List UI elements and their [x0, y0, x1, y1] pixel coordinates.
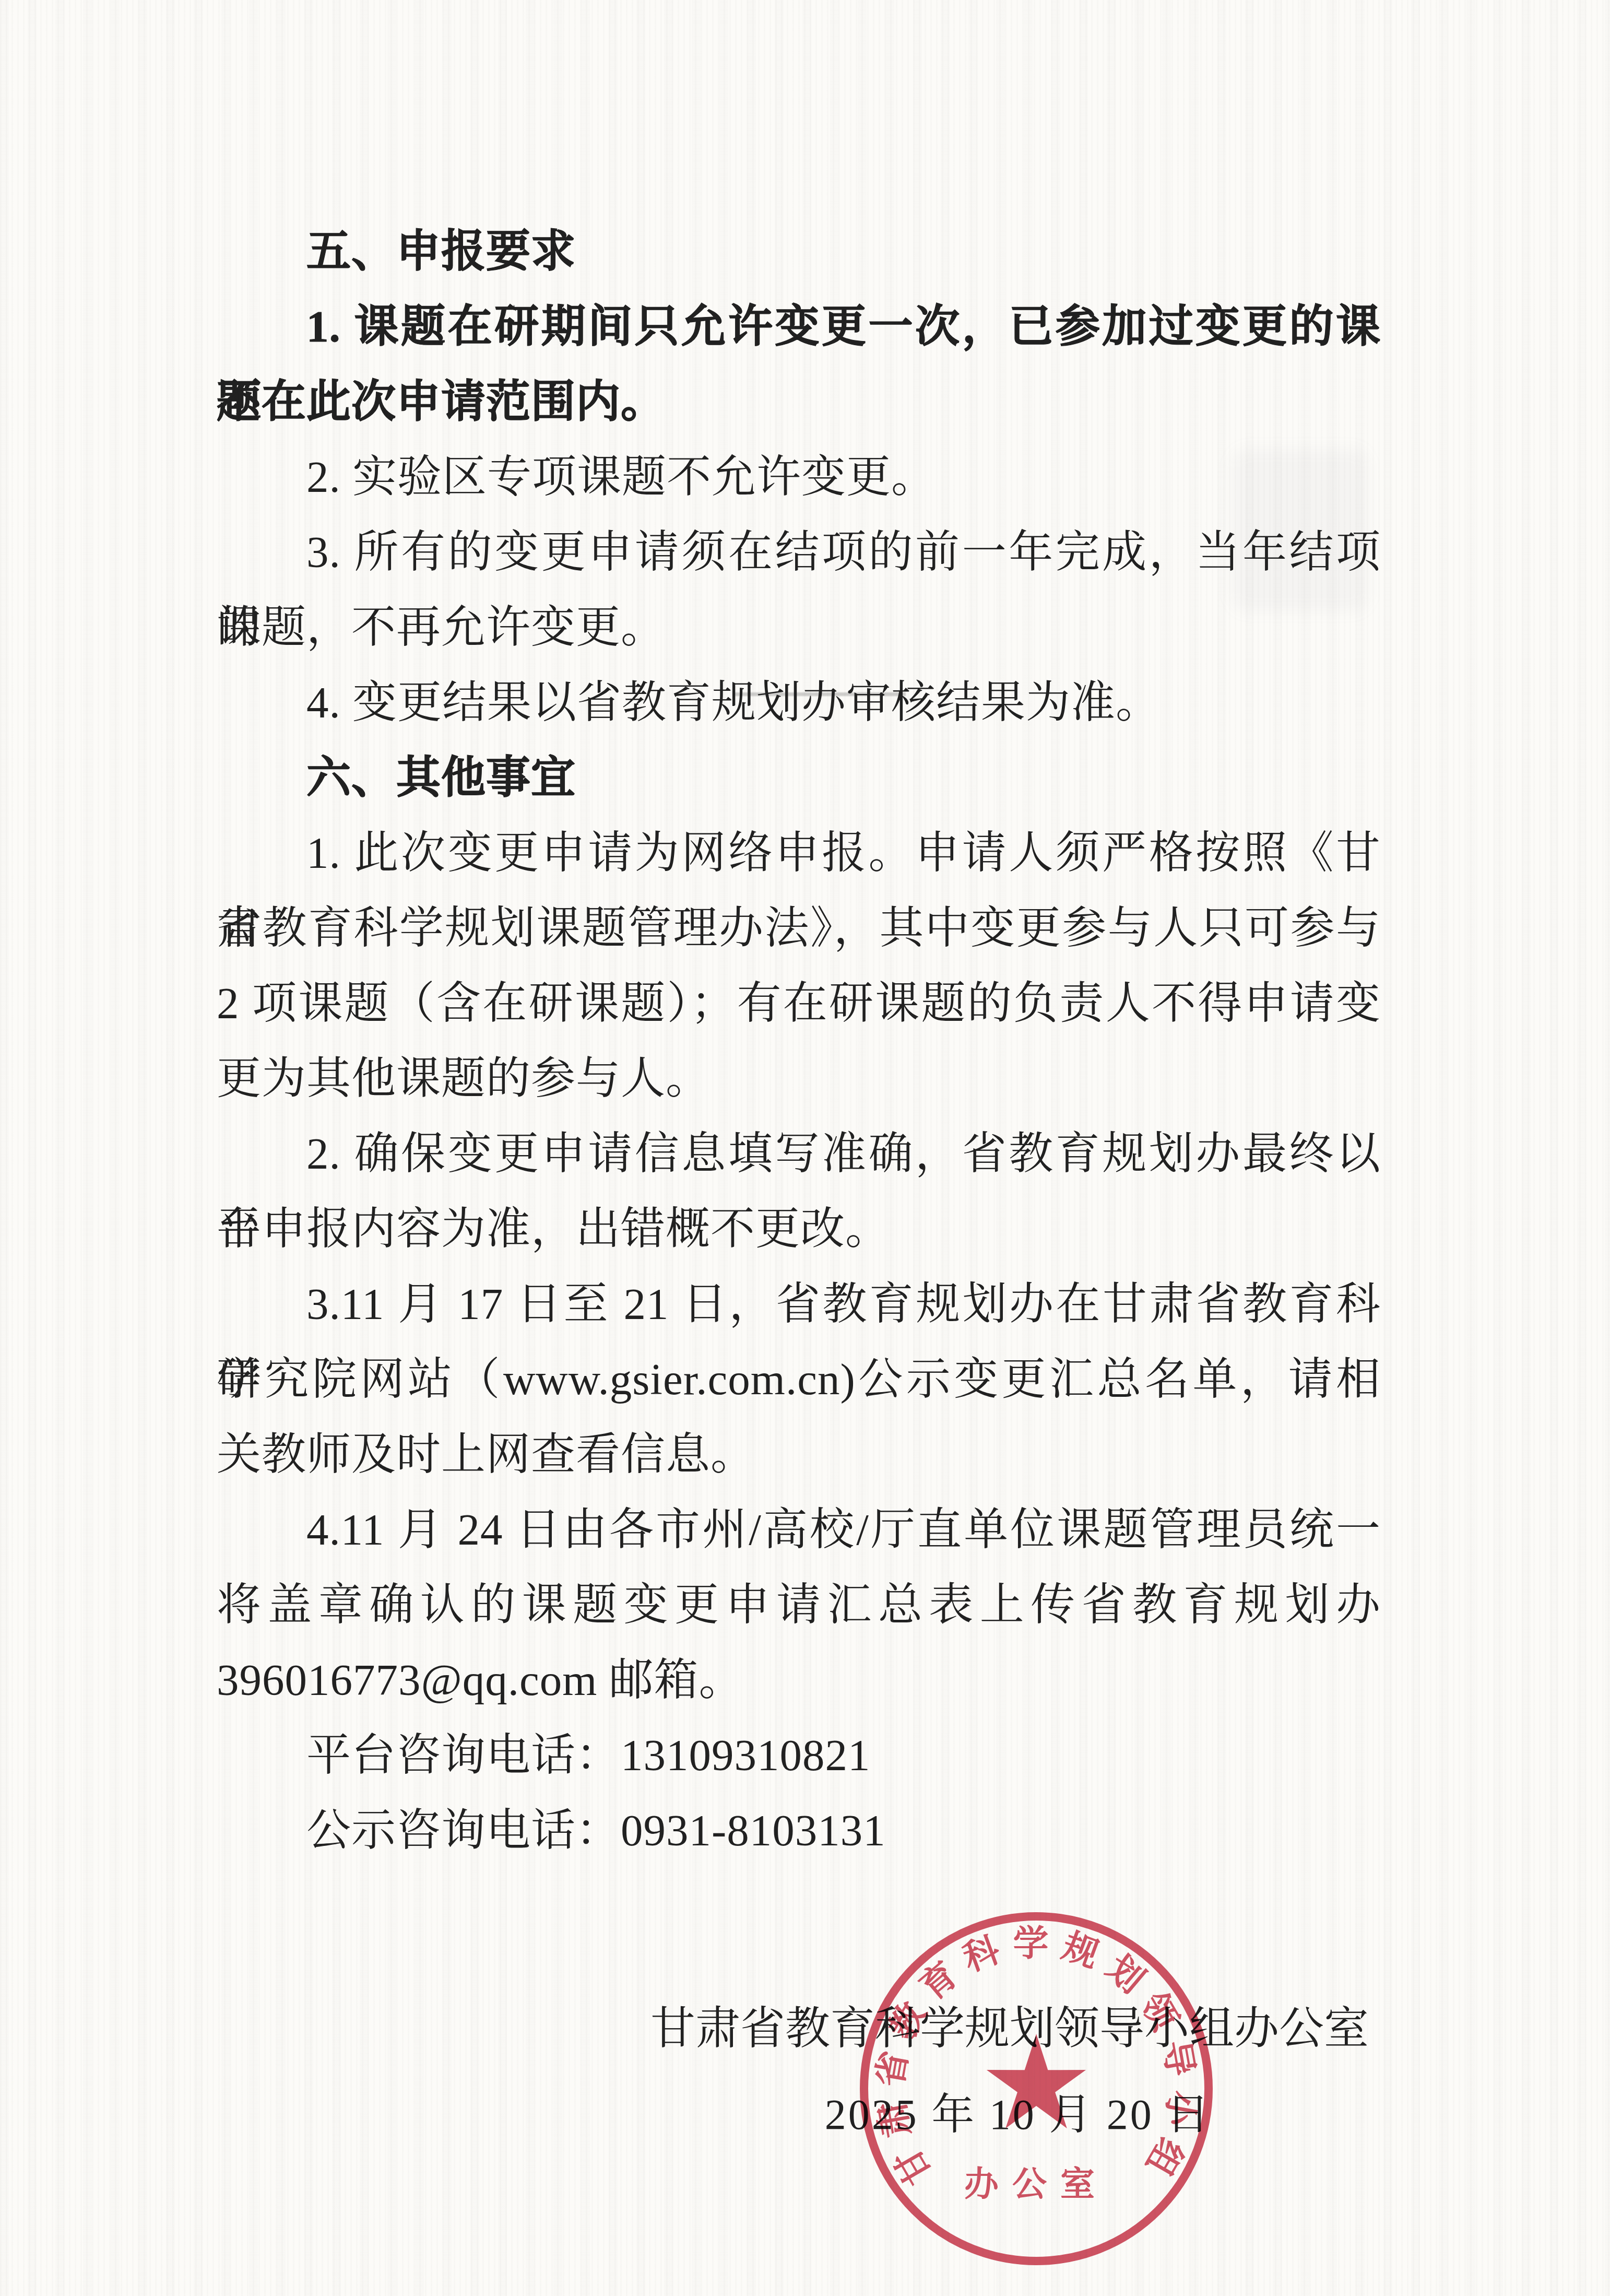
- document-body: 五、申报要求1. 课题在研期间只允许变更一次，已参加过变更的课题不在此次申请范围…: [217, 0, 1381, 1868]
- text-line: 3. 所有的变更申请须在结项的前一年完成，当年结项的: [217, 515, 1381, 590]
- text-line: 396016773@qq.com 邮箱。: [217, 1643, 1381, 1718]
- text-line: 将盖章确认的课题变更申请汇总表上传省教育规划办: [217, 1568, 1381, 1643]
- text-line: 2 项课题（含在研课题）；有在研课题的负责人不得申请变: [217, 966, 1381, 1041]
- text-line: 2. 实验区专项课题不允许变更。: [217, 440, 1381, 515]
- text-line: 五、申报要求: [217, 214, 1381, 289]
- text-line: 省教育科学规划课题管理办法》，其中变更参与人只可参与: [217, 891, 1381, 966]
- text-line: 关教师及时上网查看信息。: [217, 1417, 1381, 1492]
- text-line: 平台咨询电话：13109310821: [217, 1718, 1381, 1793]
- text-line: 3.11 月 17 日至 21 日，省教育规划办在甘肃省教育科学: [217, 1267, 1381, 1342]
- text-line: 更为其他课题的参与人。: [217, 1041, 1381, 1116]
- red-star-icon: [987, 2034, 1086, 2128]
- text-line: 六、其他事宜: [217, 740, 1381, 816]
- text-line: 不在此次申请范围内。: [217, 364, 1381, 440]
- official-seal: 甘肃省教育科学规划领导小组 办公室: [854, 1906, 1219, 2271]
- text-line: 1. 此次变更申请为网络申报。申请人须严格按照《甘肃: [217, 816, 1381, 891]
- text-line: 研究院网站（www.gsier.com.cn)公示变更汇总名单，请相: [217, 1342, 1381, 1417]
- text-line: 1. 课题在研期间只允许变更一次，已参加过变更的课题: [217, 289, 1381, 364]
- text-line: 4. 变更结果以省教育规划办审核结果为准。: [217, 665, 1381, 740]
- text-line: 公示咨询电话：0931-8103131: [217, 1793, 1381, 1868]
- text-line: 台申报内容为准，出错概不更改。: [217, 1192, 1381, 1267]
- document-page: 五、申报要求1. 课题在研期间只允许变更一次，已参加过变更的课题不在此次申请范围…: [0, 0, 1610, 2296]
- text-line: 课题，不再允许变更。: [217, 590, 1381, 665]
- text-line: 2. 确保变更申请信息填写准确，省教育规划办最终以平: [217, 1116, 1381, 1192]
- seal-bottom-text: 办公室: [964, 2165, 1108, 2204]
- text-line: 4.11 月 24 日由各市州/高校/厅直单位课题管理员统一: [217, 1492, 1381, 1568]
